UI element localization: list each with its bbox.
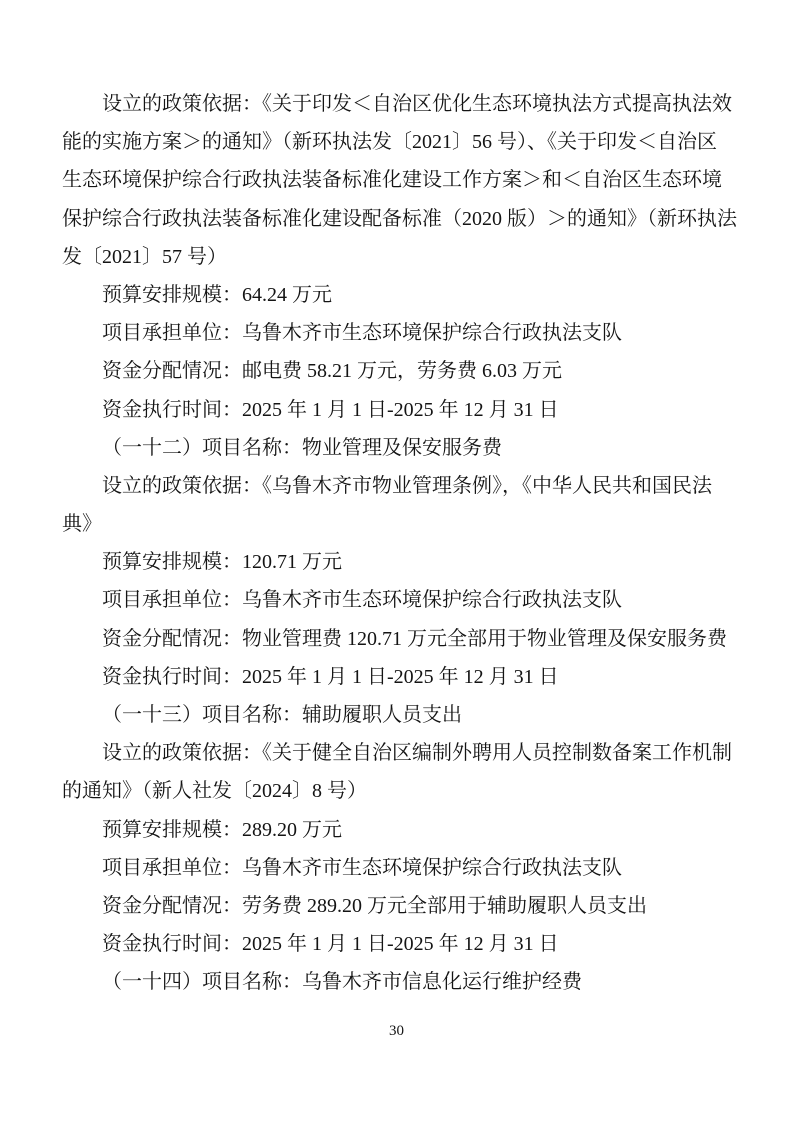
text-line: 资金执行时间：2025 年 1 月 1 日-2025 年 12 月 31 日 [62, 391, 710, 429]
page-number: 30 [0, 1021, 793, 1042]
paragraph-execution-time-13: 资金执行时间：2025 年 1 月 1 日-2025 年 12 月 31 日 [62, 925, 710, 963]
text-line: 发〔2021〕57 号） [62, 238, 710, 276]
text-line: 资金分配情况：邮电费 58.21 万元，劳务费 6.03 万元 [62, 352, 710, 390]
paragraph-budget-scale-11: 预算安排规模：64.24 万元 [62, 276, 710, 314]
paragraph-budget-scale-13: 预算安排规模：289.20 万元 [62, 811, 710, 849]
text-line: 项目承担单位：乌鲁木齐市生态环境保护综合行政执法支队 [62, 581, 710, 619]
text-line: 设立的政策依据：《关于印发＜自治区优化生态环境执法方式提高执法效 [62, 85, 710, 123]
text-line: 项目承担单位：乌鲁木齐市生态环境保护综合行政执法支队 [62, 314, 710, 352]
paragraph-execution-time-11: 资金执行时间：2025 年 1 月 1 日-2025 年 12 月 31 日 [62, 391, 710, 429]
text-line: 资金分配情况：劳务费 289.20 万元全部用于辅助履职人员支出 [62, 887, 710, 925]
text-line: 能的实施方案＞的通知》（新环执法发〔2021〕56 号）、《关于印发＜自治区 [62, 123, 710, 161]
text-line: 生态环境保护综合行政执法装备标准化建设工作方案＞和＜自治区生态环境 [62, 161, 710, 199]
text-line: 预算安排规模：289.20 万元 [62, 811, 710, 849]
paragraph-fund-allocation-13: 资金分配情况：劳务费 289.20 万元全部用于辅助履职人员支出 [62, 887, 710, 925]
text-line: （一十三）项目名称：辅助履职人员支出 [62, 696, 710, 734]
text-line: 设立的政策依据：《乌鲁木齐市物业管理条例》，《中华人民共和国民法 [62, 467, 710, 505]
text-line: 资金执行时间：2025 年 1 月 1 日-2025 年 12 月 31 日 [62, 925, 710, 963]
paragraph-policy-basis-11: 设立的政策依据：《关于印发＜自治区优化生态环境执法方式提高执法效能的实施方案＞的… [62, 85, 710, 276]
text-line: （一十四）项目名称：乌鲁木齐市信息化运行维护经费 [62, 963, 710, 1001]
text-line: 保护综合行政执法装备标准化建设配备标准（2020 版）＞的通知》（新环执法 [62, 200, 710, 238]
paragraph-undertaking-unit-11: 项目承担单位：乌鲁木齐市生态环境保护综合行政执法支队 [62, 314, 710, 352]
paragraph-policy-basis-13: 设立的政策依据：《关于健全自治区编制外聘用人员控制数备案工作机制的通知》（新人社… [62, 734, 710, 810]
paragraph-policy-basis-12: 设立的政策依据：《乌鲁木齐市物业管理条例》，《中华人民共和国民法典》 [62, 467, 710, 543]
paragraph-undertaking-unit-12: 项目承担单位：乌鲁木齐市生态环境保护综合行政执法支队 [62, 581, 710, 619]
text-line: 项目承担单位：乌鲁木齐市生态环境保护综合行政执法支队 [62, 849, 710, 887]
text-line: 典》 [62, 505, 710, 543]
text-line: 的通知》（新人社发〔2024〕8 号） [62, 772, 710, 810]
paragraph-project-name-12: （一十二）项目名称：物业管理及保安服务费 [62, 429, 710, 467]
paragraph-fund-allocation-12: 资金分配情况：物业管理费 120.71 万元全部用于物业管理及保安服务费 [62, 620, 710, 658]
text-line: 预算安排规模：120.71 万元 [62, 543, 710, 581]
text-line: 资金分配情况：物业管理费 120.71 万元全部用于物业管理及保安服务费 [62, 620, 710, 658]
text-line: （一十二）项目名称：物业管理及保安服务费 [62, 429, 710, 467]
text-line: 设立的政策依据：《关于健全自治区编制外聘用人员控制数备案工作机制 [62, 734, 710, 772]
text-line: 预算安排规模：64.24 万元 [62, 276, 710, 314]
paragraph-project-name-14: （一十四）项目名称：乌鲁木齐市信息化运行维护经费 [62, 963, 710, 1001]
paragraph-undertaking-unit-13: 项目承担单位：乌鲁木齐市生态环境保护综合行政执法支队 [62, 849, 710, 887]
paragraph-execution-time-12: 资金执行时间：2025 年 1 月 1 日-2025 年 12 月 31 日 [62, 658, 710, 696]
paragraph-project-name-13: （一十三）项目名称：辅助履职人员支出 [62, 696, 710, 734]
paragraph-fund-allocation-11: 资金分配情况：邮电费 58.21 万元，劳务费 6.03 万元 [62, 352, 710, 390]
document-body: 设立的政策依据：《关于印发＜自治区优化生态环境执法方式提高执法效能的实施方案＞的… [62, 85, 710, 1002]
document-page: 设立的政策依据：《关于印发＜自治区优化生态环境执法方式提高执法效能的实施方案＞的… [0, 0, 793, 1122]
paragraph-budget-scale-12: 预算安排规模：120.71 万元 [62, 543, 710, 581]
text-line: 资金执行时间：2025 年 1 月 1 日-2025 年 12 月 31 日 [62, 658, 710, 696]
